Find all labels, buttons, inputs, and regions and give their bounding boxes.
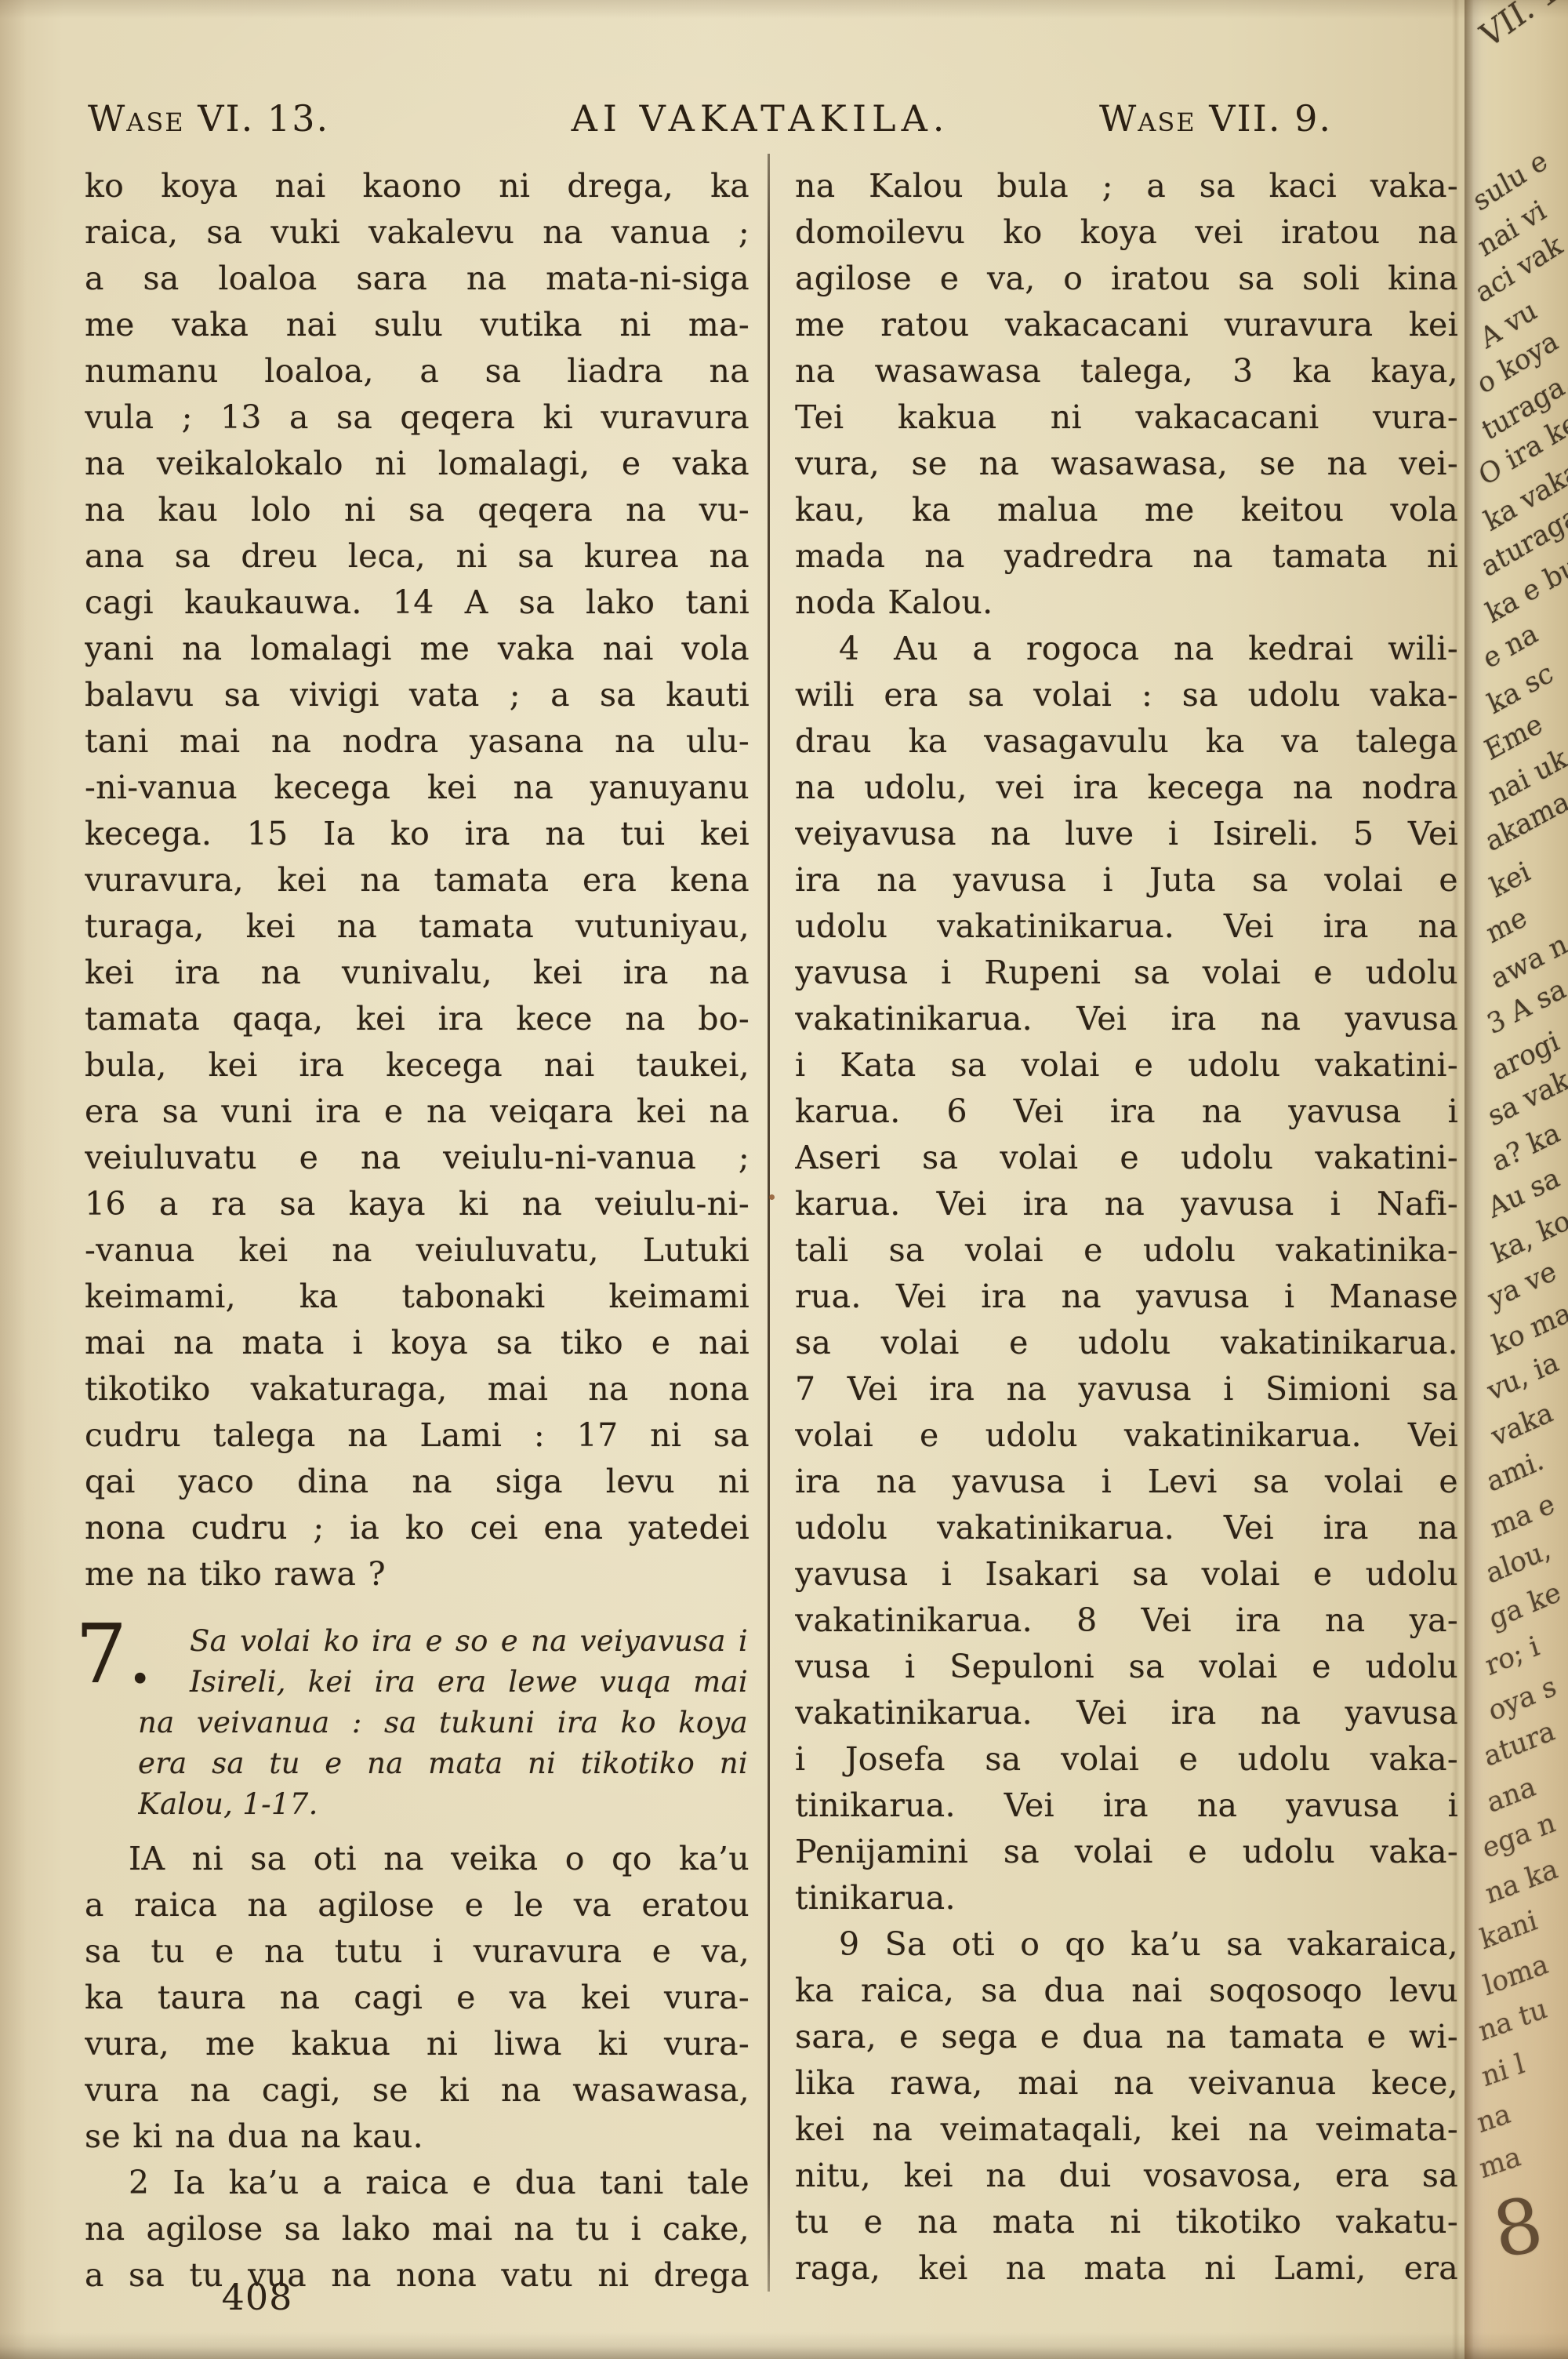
text-line: keimami, ka tabonaki keimami (85, 1274, 750, 1320)
text-line: na veivanua : sa tukuni ira ko koya (138, 1703, 748, 1743)
next-page-text-fragment: kei (1486, 856, 1534, 904)
text-line: a sa loaloa sara na mata-ni-siga (85, 256, 750, 302)
text-column-right: na Kalou bula ; a sa kaci vaka-domoilevu… (795, 163, 1458, 2292)
text-line: 4 Au a rogoca na kedrai wili- (795, 626, 1458, 672)
text-line: tali sa volai e udolu vakatinika- (795, 1227, 1458, 1274)
text-line: era sa vuni ira e na veiqara kei na (85, 1089, 750, 1135)
text-line: -ni-vanua kecega kei na yanuyanu (85, 765, 750, 811)
text-column-left: ko koya nai kaono ni drega, karaica, sa … (85, 163, 750, 2299)
text-line: na udolu, vei ira kecega na nodra (795, 765, 1458, 811)
text-line: agilose e va, o iratou sa soli kina (795, 256, 1458, 302)
text-line: tinikarua. (795, 1875, 1458, 1921)
text-line: na agilose sa lako mai na tu i cake, (85, 2206, 750, 2252)
stain-speck (769, 1194, 775, 1200)
text-line: ka taura na cagi e va kei vura- (85, 1975, 750, 2021)
next-page-text-fragment: ana (1483, 1770, 1539, 1819)
text-line: IA ni sa oti na veika o qo ka’u (85, 1836, 750, 1882)
next-page-text-fragment: me (1483, 901, 1532, 951)
text-line: ira na yavusa i Juta sa volai e (795, 857, 1458, 903)
chapter-heading-block: 7.Sa volai ko ira e so e na veiyavusa iI… (138, 1621, 748, 1825)
text-line: veiuluvatu e na veiulu-ni-vanua ; (85, 1135, 750, 1181)
text-line: noda Kalou. (795, 580, 1458, 626)
text-line: numanu loaloa, a sa liadra na (85, 348, 750, 394)
text-line: sa volai e udolu vakatinikarua. (795, 1320, 1458, 1366)
text-line: nona cudru ; ia ko cei ena yatedei (85, 1505, 750, 1551)
text-line: mada na yadredra na tamata ni (795, 533, 1458, 580)
text-line: sa tu e na tutu i vuravura e va, (85, 1928, 750, 1975)
chapter-number-dropcap: 7. (75, 1613, 153, 1695)
text-line: kei ira na vunivalu, kei ira na (85, 950, 750, 996)
text-line: me ratou vakacacani vuravura kei (795, 302, 1458, 348)
next-page-text-fragment: VII. 1 (1475, 0, 1565, 56)
text-line: yavusa i Rupeni sa volai e udolu (795, 950, 1458, 996)
text-line: tikotiko vakaturaga, mai na nona (85, 1366, 750, 1412)
text-line: se ki na dua na kau. (85, 2114, 750, 2160)
text-line: vakatinikarua. 8 Vei ira na ya- (795, 1598, 1458, 1644)
text-line: raica, sa vuki vakalevu na vanua ; (85, 209, 750, 256)
text-line: tamata qaqa, kei ira kece na bo- (85, 996, 750, 1042)
text-line: Kalou, 1-17. (138, 1784, 748, 1825)
running-header: Wase VI. 13. AI VAKATAKILA. Wase VII. 9. (0, 97, 1568, 144)
text-line: sara, e sega e dua na tamata e wi- (795, 2014, 1458, 2060)
text-line: wili era sa volai : sa udolu vaka- (795, 672, 1458, 718)
text-line: ana sa dreu leca, ni sa kurea na (85, 533, 750, 580)
text-line: Tei kakua ni vakacacani vura- (795, 394, 1458, 441)
next-page-text-fragment: ma (1477, 2141, 1524, 2186)
text-line: na kau lolo ni sa qeqera na vu- (85, 487, 750, 533)
text-line: rua. Vei ira na yavusa i Manase (795, 1274, 1458, 1320)
text-line: karua. 6 Vei ira na yavusa i (795, 1089, 1458, 1135)
text-line: balavu sa vivigi vata ; a sa kauti (85, 672, 750, 718)
page-number: 408 (85, 2276, 430, 2318)
text-line: 7 Vei ira na yavusa i Simioni sa (795, 1366, 1458, 1412)
text-line: tani mai na nodra yasana na ulu- (85, 718, 750, 765)
next-page-page-number-fragment: 8 (1486, 2180, 1549, 2275)
stain-speck (1096, 367, 1104, 374)
text-line: ko koya nai kaono ni drega, ka (85, 163, 750, 209)
text-line: me vaka nai sulu vutika ni ma- (85, 302, 750, 348)
text-line: tinikarua. Vei ira na yavusa i (795, 1783, 1458, 1829)
text-line: era sa tu e na mata ni tikotiko ni (138, 1743, 748, 1784)
text-line: na Kalou bula ; a sa kaci vaka- (795, 163, 1458, 209)
text-line: 16 a ra sa kaya ki na veiulu-ni- (85, 1181, 750, 1227)
text-line: na wasawasa talega, 3 ka kaya, (795, 348, 1458, 394)
text-line: cagi kaukauwa. 14 A sa lako tani (85, 580, 750, 626)
text-line: Aseri sa volai e udolu vakatini- (795, 1135, 1458, 1181)
text-line: -vanua kei na veiuluvatu, Lutuki (85, 1227, 750, 1274)
text-line: karua. Vei ira na yavusa i Nafi- (795, 1181, 1458, 1227)
text-line: Sa volai ko ira e so e na veiyavusa i (138, 1621, 748, 1662)
text-line: a raica na agilose e le va eratou (85, 1882, 750, 1928)
next-page-text-fragment: na tu (1475, 1993, 1550, 2048)
text-line: kau, ka malua me keitou vola (795, 487, 1458, 533)
next-page-text-fragment: ami. (1483, 1445, 1548, 1499)
text-line: vura, me kakua ni liwa ki vura- (85, 2021, 750, 2067)
text-line: Penijamini sa volai e udolu vaka- (795, 1829, 1458, 1875)
text-line: qai yaco dina na siga levu ni (85, 1459, 750, 1505)
text-line: me na tiko rawa ? (85, 1551, 750, 1598)
text-line: drau ka vasagavulu ka va talega (795, 718, 1458, 765)
text-line: 9 Sa oti o qo ka’u sa vakaraica, (795, 1921, 1458, 1968)
text-line: domoilevu ko koya vei iratou na (795, 209, 1458, 256)
text-line: nitu, kei na dui vosavosa, era sa (795, 2153, 1458, 2199)
text-line: ka raica, sa dua nai soqosoqo levu (795, 1968, 1458, 2014)
text-line: veiyavusa na luve i Isireli. 5 Vei (795, 811, 1458, 857)
next-page-text-fragment: ni l (1479, 2048, 1527, 2094)
text-line: vuravura, kei na tamata era kena (85, 857, 750, 903)
text-line: bula, kei ira kecega nai taukei, (85, 1042, 750, 1089)
text-line: yavusa i Isakari sa volai e udolu (795, 1551, 1458, 1598)
scanned-bible-page: Wase VI. 13. AI VAKATAKILA. Wase VII. 9.… (0, 0, 1568, 2359)
next-page-text-fragment: na (1474, 2098, 1513, 2140)
next-page-text-fragment: ro; i (1482, 1630, 1543, 1682)
text-line: vakatinikarua. Vei ira na yavusa (795, 1690, 1458, 1736)
text-line: na veikalokalo ni lomalagi, e vaka (85, 441, 750, 487)
text-line: lika rawa, mai na veivanua kece, (795, 2060, 1458, 2106)
text-line: mai na mata i koya sa tiko e nai (85, 1320, 750, 1366)
next-page-text-fragment: kani (1477, 1905, 1541, 1957)
text-line: i Kata sa volai e udolu vakatini- (795, 1042, 1458, 1089)
text-line: tu e na mata ni tikotiko vakatu- (795, 2199, 1458, 2245)
text-line: vusa i Sepuloni sa volai e udolu (795, 1644, 1458, 1690)
text-line: udolu vakatinikarua. Vei ira na (795, 903, 1458, 950)
text-line: vura na cagi, se ki na wasawasa, (85, 2067, 750, 2114)
text-line: yani na lomalagi me vaka nai vola (85, 626, 750, 672)
book-title: AI VAKATAKILA. (502, 97, 1019, 140)
text-line: ira na yavusa i Levi sa volai e (795, 1459, 1458, 1505)
text-line: volai e udolu vakatinikarua. Vei (795, 1412, 1458, 1459)
text-line: vura, se na wasawasa, se na vei- (795, 441, 1458, 487)
running-head-right: Wase VII. 9. (1099, 97, 1332, 140)
next-page-text-fragment: atura (1480, 1715, 1558, 1773)
text-line: kei na veimataqali, kei na veimata- (795, 2106, 1458, 2153)
text-line: i Josefa sa volai e udolu vaka- (795, 1736, 1458, 1783)
text-line: vula ; 13 a sa qeqera ki vuravura (85, 394, 750, 441)
text-line: vakatinikarua. Vei ira na yavusa (795, 996, 1458, 1042)
text-line: 2 Ia ka’u a raica e dua tani tale (85, 2160, 750, 2206)
text-line: kecega. 15 Ia ko ira na tui kei (85, 811, 750, 857)
text-line: cudru talega na Lami : 17 ni sa (85, 1412, 750, 1459)
running-head-left: Wase VI. 13. (88, 97, 329, 140)
next-page-edge: VII. 1sulu enai viaci vakA vuo koyaturag… (1465, 0, 1568, 2359)
text-line: raga, kei na mata ni Lami, era (795, 2245, 1458, 2292)
column-divider-rule (768, 154, 770, 2292)
text-line: turaga, kei na tamata vutuniyau, (85, 903, 750, 950)
text-line: Isireli, kei ira era lewe vuqa mai (138, 1662, 748, 1703)
text-line: udolu vakatinikarua. Vei ira na (795, 1505, 1458, 1551)
